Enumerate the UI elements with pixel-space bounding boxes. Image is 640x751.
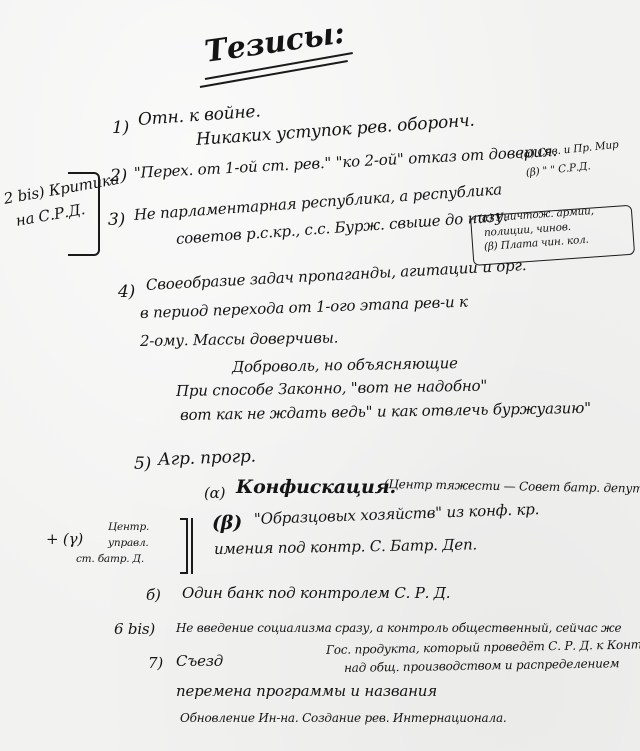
margin-note-gamma-label: + (γ) bbox=[46, 532, 83, 547]
thesis-2-number: 2) bbox=[110, 168, 127, 185]
thesis-4-line-1: Своеобразие задач пропаганды, агитации и… bbox=[146, 258, 527, 293]
manuscript-page: Тезисы: 1) Отн. к войне. Никаких уступок… bbox=[0, 0, 640, 751]
margin-double-bracket bbox=[180, 518, 188, 574]
thesis-7-line-4: перемена программы и названия bbox=[176, 684, 437, 699]
margin-note-gamma-line-3: ст. батр. Д. bbox=[76, 554, 144, 565]
thesis-5-sub-b-label: (β) bbox=[212, 514, 242, 533]
thesis-5-sub-a-note: (Центр тяжести — Совет батр. депутатов). bbox=[384, 478, 640, 495]
thesis-1-line-1: Отн. к войне. bbox=[137, 103, 261, 129]
thesis-6-line-1: Один банк под контролем С. Р. Д. bbox=[182, 586, 450, 601]
thesis-7-line-2: Гос. продукта, который проведёт С. Р. Д.… bbox=[326, 638, 640, 656]
thesis-6bis-line-1: Не введение социализма сразу, а контроль… bbox=[176, 622, 621, 634]
paragraph-line-2: При способе Законно, "вот не надобно" bbox=[176, 379, 487, 399]
thesis-6-number: б) bbox=[146, 588, 161, 603]
thesis-3-number: 3) bbox=[108, 212, 125, 229]
thesis-5-sub-a-label: (α) bbox=[204, 486, 225, 501]
thesis-7-line-1: Съезд bbox=[176, 654, 223, 669]
margin-note-gamma-line-1: Центр. bbox=[108, 522, 149, 533]
thesis-5-sub-b-text: "Образцовых хозяйств" из конф. кр. bbox=[254, 502, 540, 527]
thesis-4-line-2: в период перехода от 1-ого этапа рев-и к bbox=[140, 295, 468, 321]
thesis-5-sub-a-text: Конфискация. bbox=[236, 478, 396, 497]
thesis-4-line-3: 2-ому. Массы доверчивы. bbox=[140, 331, 338, 349]
thesis-7-number: 7) bbox=[148, 656, 163, 671]
thesis-5-line-1: Агр. прогр. bbox=[158, 449, 256, 469]
paragraph-line-3: вот как не ждать ведь" и как отвлечь бур… bbox=[180, 401, 591, 423]
margin-bracket bbox=[68, 172, 100, 256]
paragraph-line-1: Доброволь, но объясняющие bbox=[232, 356, 458, 375]
thesis-6bis-number: 6 bis) bbox=[114, 622, 155, 637]
thesis-7-line-3: над общ. производством и распределением bbox=[344, 657, 620, 674]
margin-note-gamma-line-2: управл. bbox=[108, 538, 149, 549]
thesis-5-number: 5) bbox=[134, 456, 151, 473]
thesis-4-number: 4) bbox=[118, 284, 135, 301]
document-title: Тезисы: bbox=[203, 19, 347, 68]
margin-note-2bis-line-1: 2 bis) Критика bbox=[3, 172, 121, 207]
final-line: Обновление Ин-на. Создание рев. Интернац… bbox=[180, 712, 507, 724]
thesis-2-side-note-2: (β) " " С.Р.Д. bbox=[525, 161, 591, 178]
thesis-5-sub-b-continuation: имения под контр. С. Батр. Деп. bbox=[214, 537, 477, 557]
thesis-1-number: 1) bbox=[112, 120, 129, 137]
